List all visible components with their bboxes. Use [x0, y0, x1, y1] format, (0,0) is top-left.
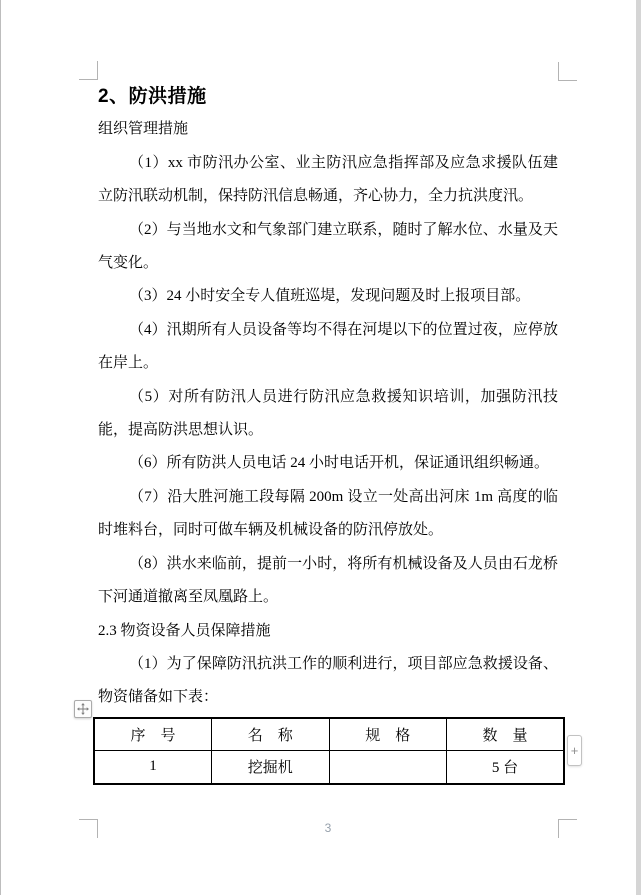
section-title[interactable]: 2、防洪措施 [98, 80, 558, 113]
document-body[interactable]: 2、防洪措施 组织管理措施 （1）xx 市防汛办公室、业主防汛应急指挥部及应急求… [98, 80, 558, 715]
table-move-handle[interactable] [74, 700, 92, 718]
table-header-row: 序 号 名 称 规 格 数 量 [94, 718, 564, 750]
paragraph-1[interactable]: （1）xx 市防汛办公室、业主防汛应急指挥部及应急求援队伍建立防汛联动机制，保持… [98, 147, 558, 214]
paragraph-4[interactable]: （4）汛期所有人员设备等均不得在河堤以下的位置过夜，应停放在岸上。 [98, 314, 558, 381]
table-header-cell[interactable]: 规 格 [329, 718, 447, 750]
margin-crop-mark-top-right [558, 62, 577, 81]
page-number: 3 [98, 821, 558, 835]
table-cell[interactable]: 1 [94, 750, 212, 784]
table-header-cell[interactable]: 序 号 [94, 718, 212, 750]
paragraph-2[interactable]: （2）与当地水文和气象部门建立联系，随时了解水位、水量及天气变化。 [98, 214, 558, 281]
insert-column-button[interactable]: + [567, 735, 582, 766]
supplies-table: 序 号 名 称 规 格 数 量 1 挖掘机 5 台 [93, 717, 565, 785]
table-header-cell[interactable]: 数 量 [447, 718, 565, 750]
margin-crop-mark-bottom-left [79, 819, 98, 838]
margin-crop-mark-bottom-right [558, 819, 577, 838]
paragraph-7[interactable]: （7）沿大胜河施工段每隔 200m 设立一处高出河床 1m 高度的临时堆料台，同… [98, 481, 558, 548]
margin-crop-mark-top-left [79, 61, 98, 80]
table-cell[interactable]: 5 台 [447, 750, 565, 784]
table-cell[interactable] [329, 750, 447, 784]
paragraph-3[interactable]: （3）24 小时安全专人值班巡堤，发现问题及时上报项目部。 [98, 280, 558, 313]
paragraph-8[interactable]: （8）洪水来临前，提前一小时，将所有机械设备及人员由石龙桥下河通道撤离至凤凰路上… [98, 548, 558, 615]
section-heading-2-3[interactable]: 2.3 物资设备人员保障措施 [98, 615, 558, 648]
table-cell[interactable]: 挖掘机 [212, 750, 330, 784]
subheading[interactable]: 组织管理措施 [98, 113, 558, 146]
document-page: 2、防洪措施 组织管理措施 （1）xx 市防汛办公室、业主防汛应急指挥部及应急求… [0, 0, 641, 895]
paragraph-5[interactable]: （5）对所有防汛人员进行防汛应急救援知识培训，加强防汛技能，提高防洪思想认识。 [98, 381, 558, 448]
move-cross-icon [77, 703, 89, 715]
table-header-cell[interactable]: 名 称 [212, 718, 330, 750]
section-intro[interactable]: （1）为了保障防汛抗洪工作的顺利进行，项目部应急救援设备、物资储备如下表： [98, 648, 558, 715]
vertical-scrollbar[interactable] [636, 0, 641, 895]
paragraph-6[interactable]: （6）所有防洪人员电话 24 小时电话开机，保证通讯组织畅通。 [98, 447, 558, 480]
table-row: 1 挖掘机 5 台 [94, 750, 564, 784]
